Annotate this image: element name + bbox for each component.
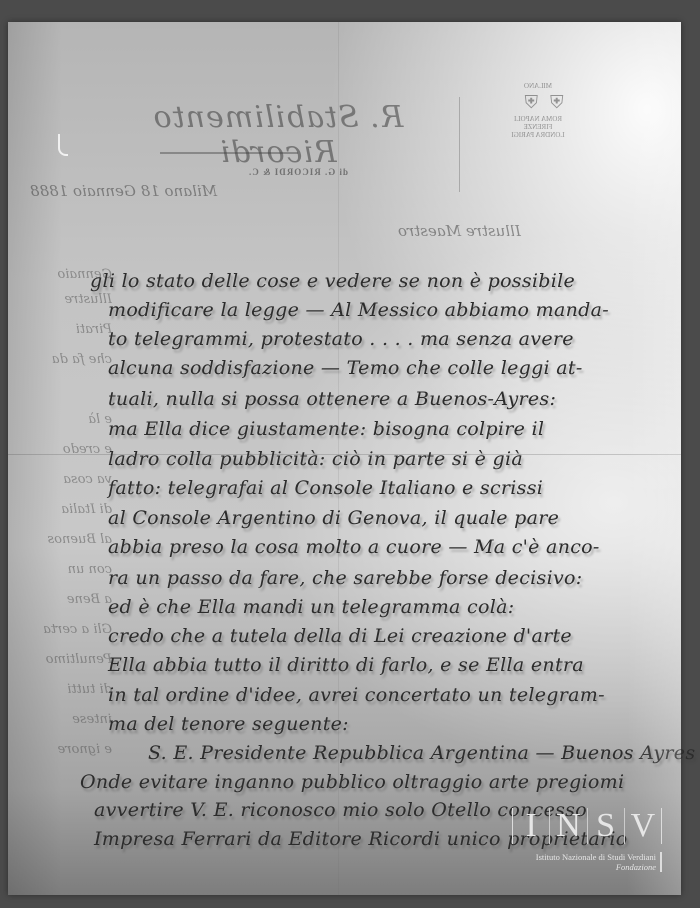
margin-ghost-text: con un bbox=[22, 562, 112, 577]
bracket-mark bbox=[58, 134, 68, 156]
letterhead-rule bbox=[160, 152, 298, 154]
foundation-label: Fondazione bbox=[512, 862, 662, 872]
letter-line: to telegrammi, protestato . . . . ma sen… bbox=[108, 328, 574, 350]
crest-city-top: MILANO bbox=[478, 82, 598, 90]
letter-line: abbia preso la cosa molto a cuore — Ma c… bbox=[108, 536, 600, 558]
letter-line: ed è che Ella mandi un telegramma colà: bbox=[108, 596, 514, 618]
insv-letters: I N S V bbox=[512, 808, 662, 844]
margin-ghost-text: e là bbox=[22, 412, 112, 427]
letter-line: S. E. Presidente Repubblica Argentina — … bbox=[148, 742, 695, 764]
margin-ghost-text: Gli a certa bbox=[22, 622, 112, 637]
letter-line: al Console Argentino di Genova, il quale… bbox=[108, 507, 559, 529]
letterhead-divider bbox=[459, 97, 460, 192]
letter-line: in tal ordine d'idee, avrei concertato u… bbox=[108, 684, 605, 706]
crest-cities-3: LONDRA PARIGI bbox=[478, 131, 598, 139]
margin-ghost-text: e credo bbox=[22, 442, 112, 457]
letter-line: Onde evitare inganno pubblico oltraggio … bbox=[80, 771, 624, 793]
margin-ghost-text: Pirati bbox=[22, 322, 112, 337]
letter-page: R. Stabilimento Ricordi di G. RICORDI & … bbox=[8, 22, 681, 895]
letterhead-subtitle: di G. RICORDI & C. bbox=[248, 167, 348, 177]
letter-line: fatto: telegrafai al Console Italiano e … bbox=[108, 477, 543, 499]
letter-line: ma Ella dice giustamente: bisogna colpir… bbox=[108, 418, 544, 440]
letter-line: credo che a tutela della di Lei creazion… bbox=[108, 625, 572, 647]
letter-line: Ella abbia tutto il diritto di farlo, e … bbox=[108, 654, 584, 676]
letterhead-firm-name: R. Stabilimento Ricordi bbox=[108, 100, 448, 170]
institute-name: Istituto Nazionale di Studi Verdiani bbox=[512, 852, 662, 862]
bleed-salutation: Illustre Maestro bbox=[398, 222, 521, 240]
letter-line: ladro colla pubblicità: ciò in parte si … bbox=[108, 448, 523, 470]
letter-line: modificare la legge — Al Messico abbiamo… bbox=[108, 299, 609, 321]
letter-line: gli lo stato delle cose e vedere se non … bbox=[90, 270, 575, 292]
logo-letter: S bbox=[588, 808, 625, 844]
margin-ghost-text: intese bbox=[22, 712, 112, 727]
letter-line: ra un passo da fare, che sarebbe forse d… bbox=[108, 567, 582, 589]
margin-ghost-text: va cosa bbox=[22, 472, 112, 487]
crest-shields-icon: ⛨⛨ bbox=[478, 92, 598, 113]
letter-line: alcuna soddisfazione — Temo che colle le… bbox=[108, 357, 583, 379]
margin-ghost-text: di tutti bbox=[22, 682, 112, 697]
margin-ghost-text: di Italia bbox=[22, 502, 112, 517]
letter-line: ma del tenore seguente: bbox=[108, 713, 349, 735]
logo-letter: I bbox=[513, 808, 550, 844]
logo-letter: N bbox=[550, 808, 587, 844]
crest-cities-2: FIRENZE bbox=[478, 123, 598, 131]
margin-ghost-text: a Bene bbox=[22, 592, 112, 607]
crest-cities-1: ROMA NAPOLI bbox=[478, 115, 598, 123]
letter-line: tuali, nulla si possa ottenere a Buenos-… bbox=[108, 388, 556, 410]
logo-letter: V bbox=[625, 808, 661, 844]
letterhead-crest: MILANO ⛨⛨ ROMA NAPOLI FIRENZE LONDRA PAR… bbox=[478, 82, 598, 157]
margin-ghost-text: Penultimo bbox=[22, 652, 112, 667]
insv-watermark-logo: I N S V Istituto Nazionale di Studi Verd… bbox=[512, 808, 662, 872]
margin-ghost-text: e ignore bbox=[22, 742, 112, 757]
margin-ghost-text: al Buenos bbox=[22, 532, 112, 547]
margin-ghost-text: che fa da bbox=[22, 352, 112, 367]
margin-ghost-text: Illustre bbox=[22, 292, 112, 307]
bleed-date-line: Milano 18 Gennaio 1888 bbox=[30, 182, 217, 200]
